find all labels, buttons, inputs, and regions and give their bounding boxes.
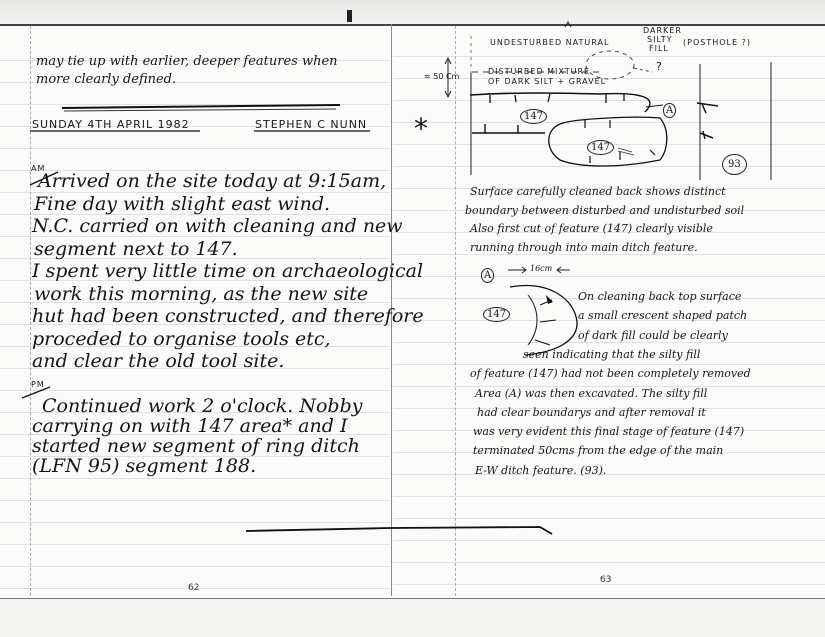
marker-93: 93	[722, 152, 747, 175]
label-question: ?	[656, 60, 663, 73]
para1-line: running through into main ditch feature.	[470, 241, 698, 254]
para2-line: was very evident this final stage of fea…	[473, 425, 744, 438]
inset-marker-a: A	[481, 263, 494, 283]
para2-line: of dark fill could be clearly	[578, 329, 728, 342]
para1-line: Also first cut of feature (147) clearly …	[470, 222, 713, 235]
inset-measure: 16cm	[530, 264, 552, 273]
marker-147-oval: 147	[587, 135, 614, 155]
marker-a: A	[663, 98, 676, 118]
marker-147-upper: 147	[520, 104, 547, 124]
para2-line: E-W ditch feature. (93).	[475, 464, 606, 477]
para2-line: had clear boundarys and after removal it	[477, 406, 706, 419]
page-number-right: 63	[600, 575, 611, 585]
para1-line: boundary between disturbed and undisturb…	[465, 204, 744, 217]
para2-line: terminated 50cms from the edge of the ma…	[473, 444, 723, 457]
para2-line: seen indicating that the silty fill	[523, 348, 700, 361]
para2-line: Area (A) was then excavated. The silty f…	[475, 387, 707, 400]
label-darker-silty-fill: DARKER SILTY FILL	[643, 26, 682, 53]
inset-marker-147: 147	[483, 302, 510, 322]
para2-line: a small crescent shaped patch	[578, 309, 747, 322]
label-undisturbed-natural: UNDESTURBED NATURAL	[490, 38, 609, 47]
para2-line: of feature (147) had not been completely…	[470, 367, 751, 380]
label-disturbed-mixture: DISTURBED MIXTURE OF DARK SILT + GRAVEL	[488, 67, 606, 87]
label-depth: ≈ 50 Cm	[424, 72, 459, 81]
para2-line: On cleaning back top surface	[578, 290, 741, 303]
para1-line: Surface carefully cleaned back shows dis…	[470, 185, 726, 198]
label-posthole: (POSTHOLE ?)	[683, 38, 751, 47]
